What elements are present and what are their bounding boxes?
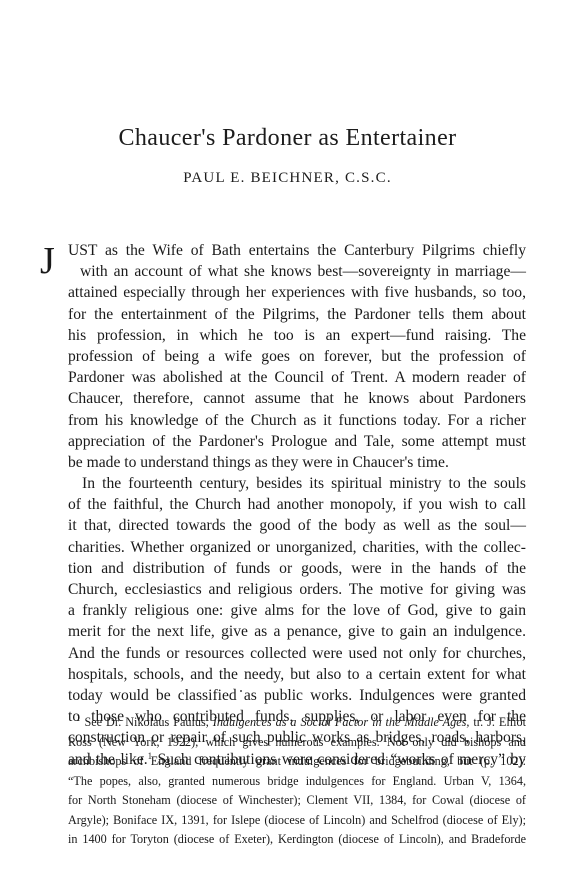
body-line: appreciation of the Pardoner's Prologue … (38, 431, 526, 452)
footnote-line: “The popes, also, granted numerous bridg… (68, 772, 526, 792)
footnote-number: 1 (76, 713, 81, 723)
body-line: Pardoner was abolished at the Council of… (38, 367, 526, 388)
body-line: Church, ecclesiastics and religious orde… (38, 579, 526, 600)
body-line: UST as the Wife of Bath entertains the C… (38, 240, 526, 261)
body-line: charities. Whether organized or unorgani… (38, 537, 526, 558)
footnotes: 1 See Dr. Nikolaus Paulus, Indulgences a… (68, 713, 526, 850)
body-line: Chaucer, therefore, cannot assume that h… (38, 388, 526, 409)
article-title: Chaucer's Pardoner as Entertainer (0, 125, 575, 152)
body-line: his profession, in which he too is an ex… (38, 325, 526, 346)
body-text: UST as the Wife of Bath entertains the C… (38, 240, 526, 770)
body-line: profession of being a wife goes on forev… (38, 346, 526, 367)
body-line: of the faithful, the Church had another … (38, 494, 526, 515)
footnote-line: Ross (New York, 1922), which gives numer… (68, 733, 526, 753)
footnote-line: Argyle); Boniface IX, 1391, for Islepe (… (68, 811, 526, 831)
body-line: a frankly religious one: give alms for t… (38, 600, 526, 621)
body-line: tion and distribution of funds or goods,… (38, 558, 526, 579)
body-line: attained especially through her experien… (38, 282, 526, 303)
cited-title: Indulgences as a Social Factor in the Mi… (213, 715, 470, 729)
body-line: it that, directed towards the good of th… (38, 515, 526, 536)
body-line: be made to understand things as they wer… (38, 452, 526, 473)
body-line: with an account of what she knows best—s… (38, 261, 526, 282)
footnote-line: in 1400 for Toryton (diocese of Exeter),… (68, 830, 526, 850)
body-line: merit for the next life, give as a penan… (38, 621, 526, 642)
footnote-line: 1 See Dr. Nikolaus Paulus, Indulgences a… (68, 713, 526, 733)
article-author: PAUL E. BEICHNER, C.S.C. (0, 170, 575, 187)
footnote-line: archbishops of England frequently grant … (68, 752, 526, 772)
body-line: hospitals, schools, and the needy, but a… (38, 664, 526, 685)
footnote-separator (240, 690, 242, 692)
footnote-line: for North Stoneham (diocese of Wincheste… (68, 791, 526, 811)
body-line: And the funds or resources collected wer… (38, 643, 526, 664)
body-line: for the entertainment of the Pilgrims, t… (38, 304, 526, 325)
body-line: from his knowledge of the Church as it f… (38, 410, 526, 431)
body-line: In the fourteenth century, besides its s… (38, 473, 526, 494)
body-line: today would be classified as public work… (38, 685, 526, 706)
